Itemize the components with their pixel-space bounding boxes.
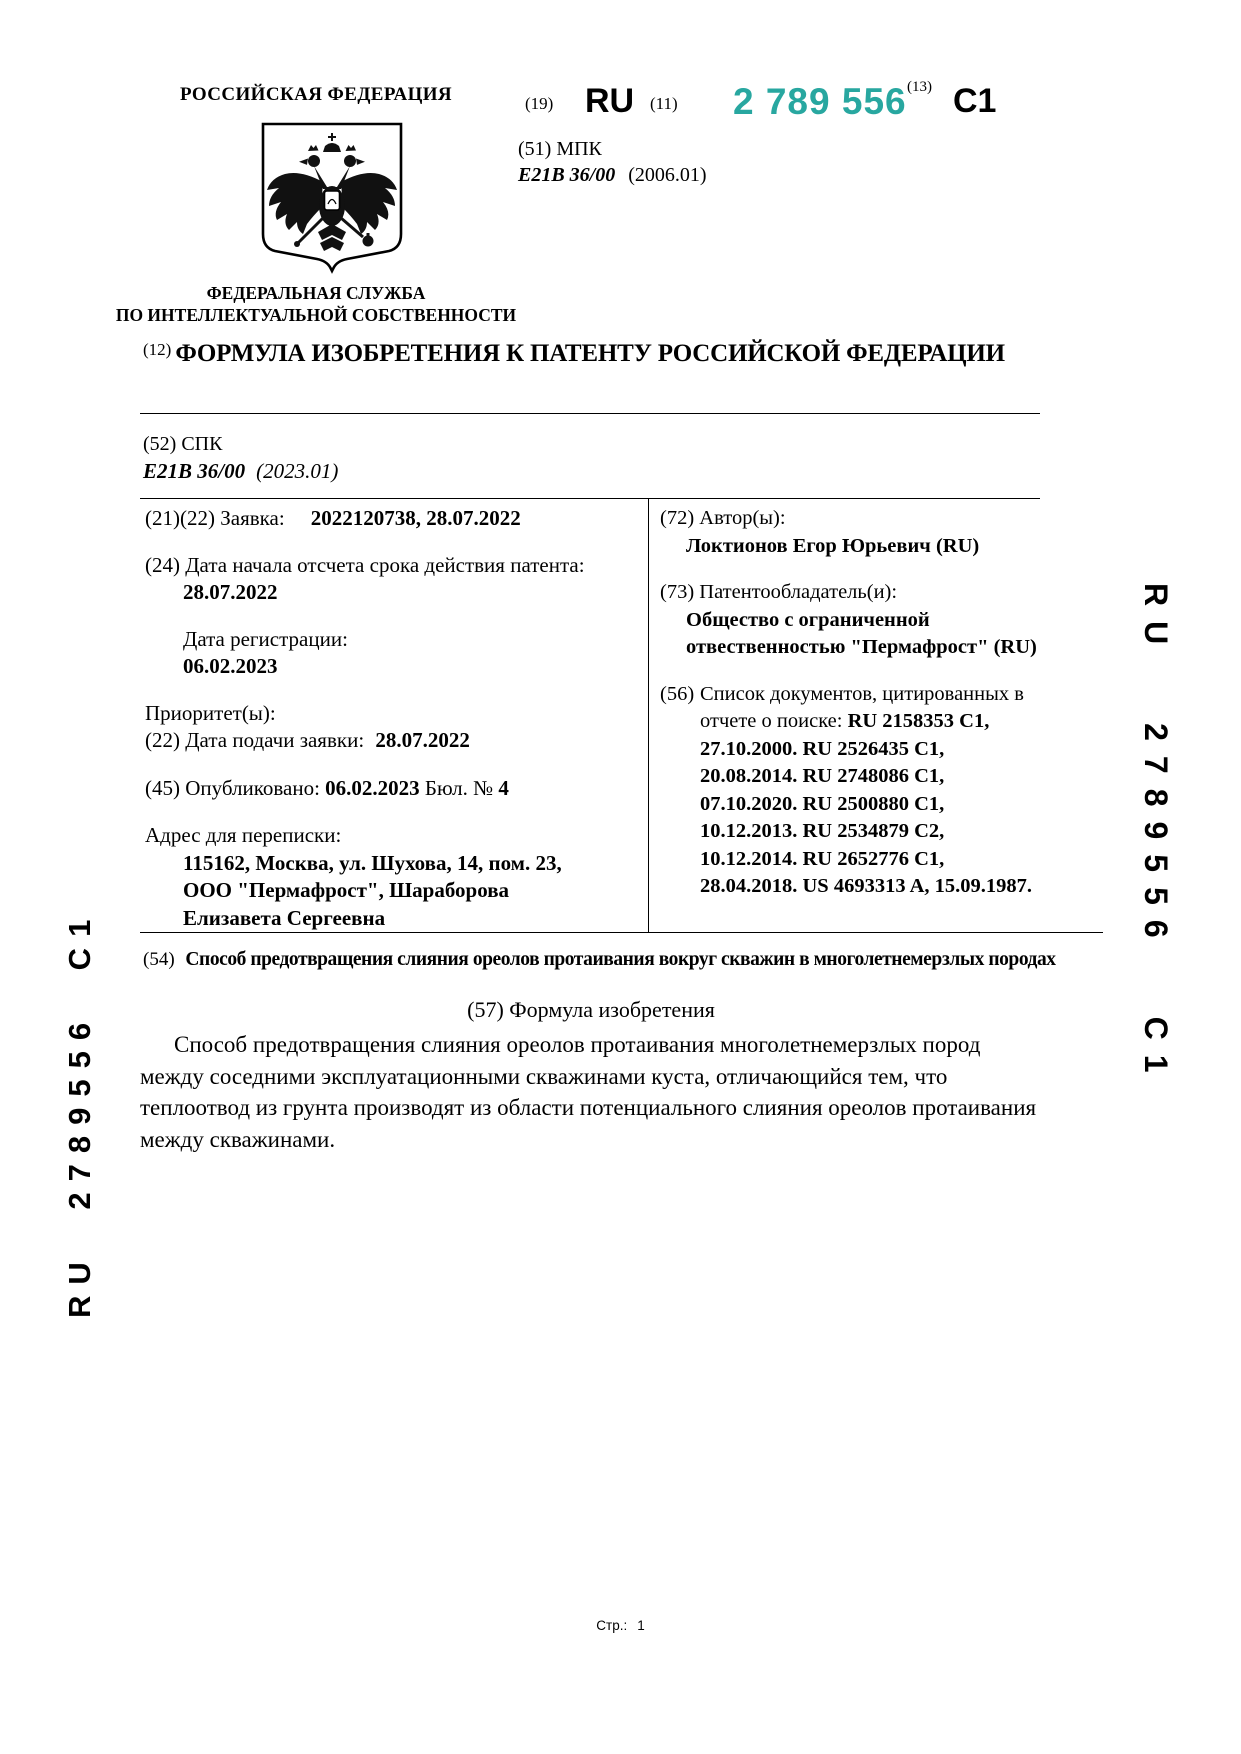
authors-row: (72) Автор(ы): Локтионов Егор Юрьевич (R… (660, 505, 1042, 560)
publication-codes: (19) RU (11) 2 789 556 (13) C1 (518, 82, 1058, 142)
invention-title-label: (54) (143, 949, 175, 970)
application-label: (21)(22) Заявка: (145, 506, 285, 530)
bibliographic-right-column: (72) Автор(ы): Локтионов Егор Юрьевич (R… (660, 505, 1042, 920)
authors-label: (72) Автор(ы): (660, 505, 1042, 533)
coat-of-arms (253, 120, 411, 284)
bulletin-value: 4 (498, 776, 509, 800)
code-13-label: (13) (907, 79, 932, 96)
invention-title: (54) Способ предотвращения слияния ореол… (143, 949, 1056, 971)
ipc-class: E21B 36/00 (518, 164, 615, 186)
cpc-label: (52) СПК (143, 431, 338, 458)
published-label: (45) Опубликовано: (145, 776, 320, 800)
bibliographic-left-column: (21)(22) Заявка:2022120738, 28.07.2022 (… (145, 505, 645, 951)
holder-label: (73) Патентообладатель(и): (660, 579, 1042, 607)
ipc-label: (51) МПК (518, 136, 707, 162)
registration-row: Дата регистрации: 06.02.2023 (145, 626, 645, 681)
rule-top (140, 413, 1040, 414)
holder-value: Общество с ограниченной отвественностью … (660, 607, 1042, 662)
invention-title-text: Способ предотвращения слияния ореолов пр… (185, 949, 1055, 970)
rule-mid (140, 498, 1040, 499)
kind-code: C1 (953, 82, 996, 121)
page-label: Стр.: (596, 1618, 627, 1633)
bulletin-label: Бюл. № (425, 776, 493, 800)
page-footer: Стр.:1 (0, 1618, 1241, 1633)
application-row: (21)(22) Заявка:2022120738, 28.07.2022 (145, 505, 645, 533)
ipc-section: (51) МПК E21B 36/00 (2006.01) (518, 136, 707, 188)
priority-row: Приоритет(ы): (22) Дата подачи заявки: 2… (145, 700, 645, 755)
agency-name: ФЕДЕРАЛЬНАЯ СЛУЖБА ПО ИНТЕЛЛЕКТУАЛЬНОЙ С… (104, 282, 528, 326)
application-value: 2022120738, 28.07.2022 (311, 506, 521, 530)
claims-heading: (57) Формула изобретения (140, 997, 1042, 1023)
address-label: Адрес для переписки: (145, 822, 645, 850)
patent-document-page: { "accent_color": "#28A7A0", "header": {… (0, 0, 1241, 1754)
filing-label: (22) Дата подачи заявки: (145, 728, 364, 752)
published-row: (45) Опубликовано: 06.02.2023 Бюл. № 4 (145, 775, 645, 803)
column-divider (648, 498, 649, 932)
patent-number: 2 789 556 (733, 81, 907, 123)
country-name: РОССИЙСКАЯ ФЕДЕРАЦИЯ (140, 84, 492, 106)
citations-row: (56) Список документов, цитированных в о… (660, 681, 1042, 901)
priority-label: Приоритет(ы): (145, 700, 645, 728)
address-row: Адрес для переписки: 115162, Москва, ул.… (145, 822, 645, 932)
cpc-class: E21B 36/00 (143, 459, 245, 483)
country-code: RU (585, 82, 634, 121)
filing-value: 28.07.2022 (375, 728, 470, 752)
address-value: 115162, Москва, ул. Шухова, 14, пом. 23,… (145, 850, 603, 933)
reg-date-value: 06.02.2023 (145, 653, 645, 681)
claims-text: Способ предотвращения слияния ореолов пр… (140, 1029, 1042, 1155)
agency-line1: ФЕДЕРАЛЬНАЯ СЛУЖБА (104, 282, 528, 304)
document-type-title: (12) ФОРМУЛА ИЗОБРЕТЕНИЯ К ПАТЕНТУ РОССИ… (143, 340, 1005, 368)
cpc-section: (52) СПК E21B 36/00 (2023.01) (143, 431, 338, 486)
term-start-label: (24) Дата начала отсчета срока действия … (145, 552, 645, 580)
sidebar-left-patent-id: RU 2789556 C1 (62, 909, 98, 1318)
eagle-emblem-icon (253, 120, 411, 284)
cpc-version: (2023.01) (256, 459, 338, 483)
sidebar-right-patent-id: RU 2789556 C1 (1137, 583, 1174, 1087)
authors-value: Локтионов Егор Юрьевич (RU) (660, 533, 1042, 561)
page-number: 1 (637, 1618, 645, 1633)
term-start-value: 28.07.2022 (145, 579, 645, 607)
agency-line2: ПО ИНТЕЛЛЕКТУАЛЬНОЙ СОБСТВЕННОСТИ (104, 304, 528, 326)
doc-type-num: (12) (143, 340, 171, 359)
citations-value: RU 2158353 C1, 27.10.2000. RU 2526435 C1… (700, 710, 1032, 897)
code-19-label: (19) (525, 94, 553, 114)
reg-date-label: Дата регистрации: (145, 626, 645, 654)
ipc-version: (2006.01) (628, 164, 706, 186)
code-11-label: (11) (650, 94, 678, 114)
term-start-row: (24) Дата начала отсчета срока действия … (145, 552, 645, 607)
doc-type-text: ФОРМУЛА ИЗОБРЕТЕНИЯ К ПАТЕНТУ РОССИЙСКОЙ… (175, 340, 1005, 367)
holder-row: (73) Патентообладатель(и): Общество с ог… (660, 579, 1042, 662)
published-value: 06.02.2023 (325, 776, 420, 800)
citations-label: (56) (660, 681, 694, 709)
